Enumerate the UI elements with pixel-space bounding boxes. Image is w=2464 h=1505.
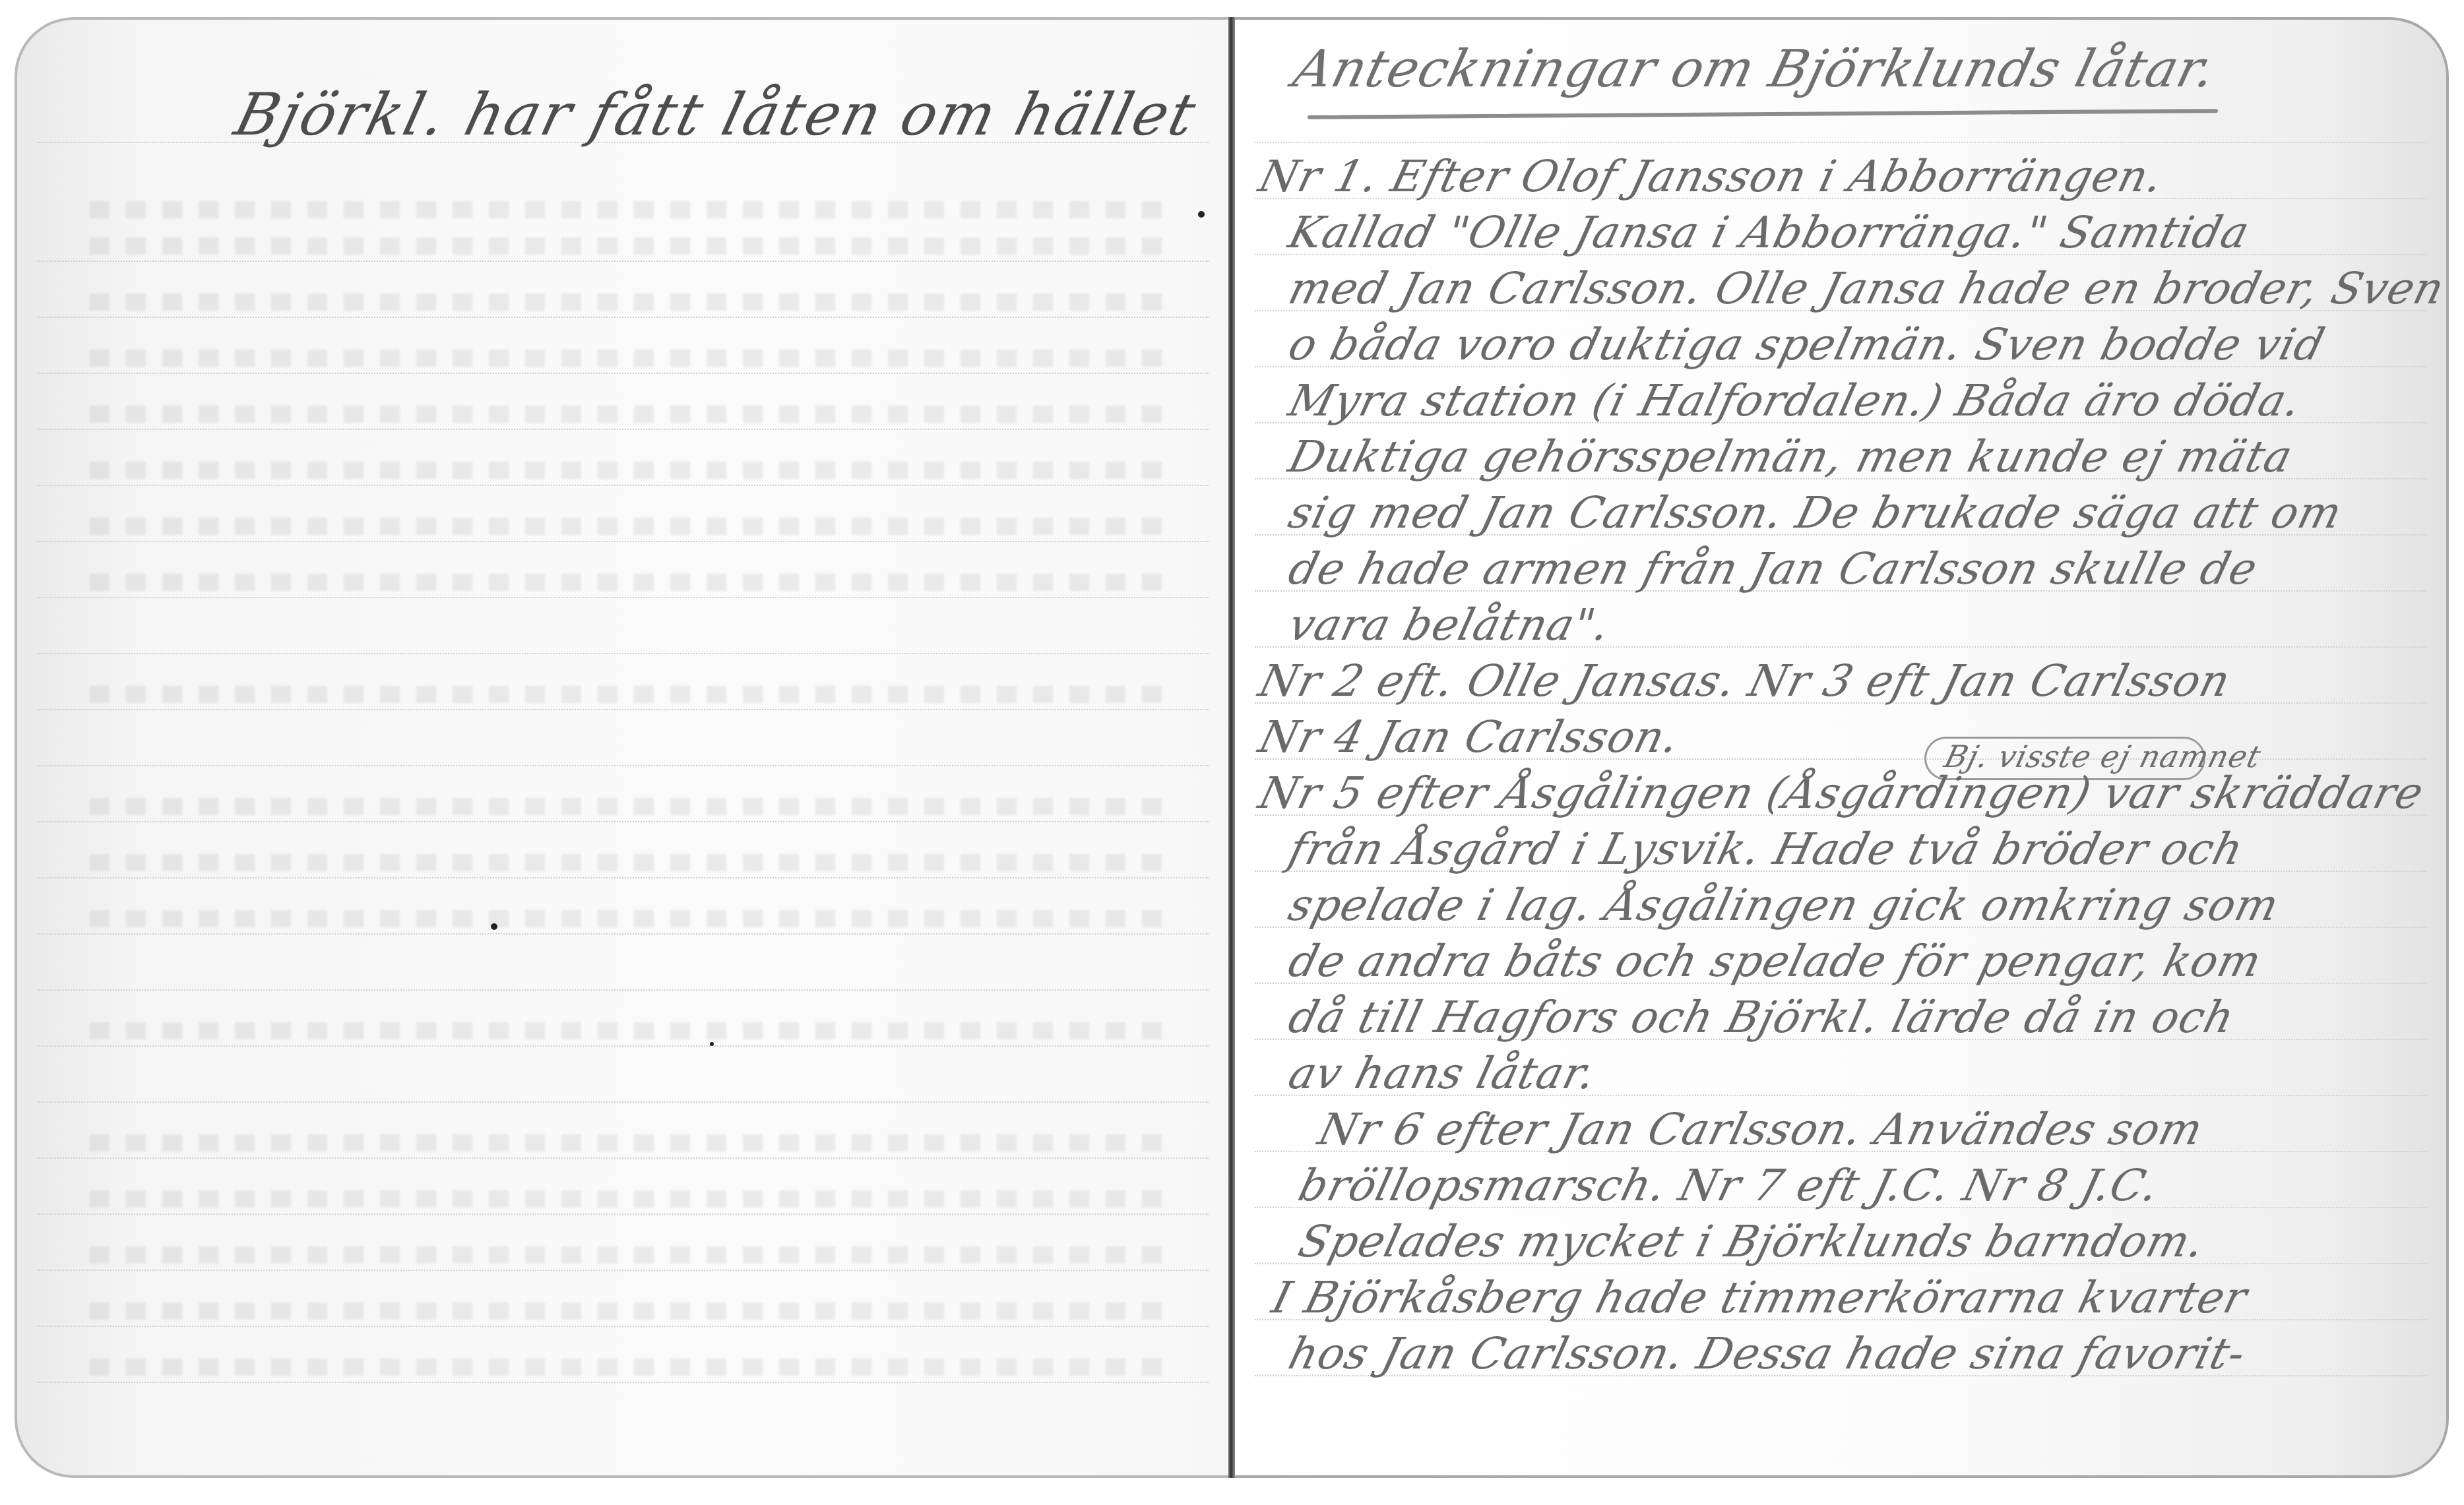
ruled-line [37,821,1209,822]
note-line: då till Hagfors och Björkl. lärde då in … [1284,996,2239,1039]
ruled-line [37,709,1209,710]
ruled-line [1255,142,2426,143]
ruled-line [37,597,1209,598]
ruled-line [37,653,1209,654]
ruled-line [37,429,1209,430]
ruled-line [37,1382,1209,1383]
left-page: Björkl. har fått låten om hället [15,17,1228,1478]
note-line: vara belåtna". [1284,603,1614,647]
note-line: med Jan Carlsson. Olle Jansa hade en bro… [1284,267,2449,311]
show-through-text [90,201,1176,218]
note-line: de andra båts och spelade för pengar, ko… [1284,940,2265,983]
ruled-line [37,765,1209,766]
ruled-line [37,877,1209,878]
note-line: o båda voro duktiga spelmän. Sven bodde … [1284,323,2329,367]
show-through-text [90,686,1176,703]
note-line: av hans låtar. [1284,1052,1600,1095]
show-through-text [90,854,1176,871]
heading-underline [1308,109,2218,119]
notebook-spread: Björkl. har fått låten om hället Anteckn… [15,17,2449,1478]
note-line: bröllopsmarsch. Nr 7 eft J.C. Nr 8 J.C. [1294,1164,2163,1208]
show-through-text [90,1190,1176,1208]
note-line: från Åsgård i Lysvik. Hade två bröder oc… [1284,828,2248,871]
show-through-text [90,910,1176,927]
show-through-text [90,518,1176,535]
ruled-line [37,933,1209,935]
show-through-text [90,1246,1176,1264]
ruled-line [37,1213,1209,1215]
ink-speck [1198,211,1205,218]
ruled-line [37,1326,1209,1327]
ruled-line [37,541,1209,542]
ruled-line [37,1270,1209,1271]
note-line: spelade i lag. Åsgålingen gick omkring s… [1284,884,2283,927]
note-line: I Björkåsberg hade timmerkörarna kvarter [1268,1276,2252,1320]
note-line: Spelades mycket i Björklunds barndom. [1294,1220,2209,1264]
note-line: Kallad "Olle Jansa i Abborränga." Samtid… [1284,211,2254,255]
note-line: Nr 5 efter Åsgålingen (Åsgårdingen) var … [1255,772,2428,815]
show-through-text [90,293,1176,311]
note-line: de hade armen från Jan Carlsson skulle d… [1284,547,2261,591]
note-line: Nr 6 efter Jan Carlsson. Användes som [1314,1108,2207,1152]
ruled-line [37,373,1209,374]
ink-speck [710,1042,714,1046]
note-line: Nr 2 eft. Olle Jansas. Nr 3 eft Jan Carl… [1255,660,2234,703]
note-line: Myra station (i Halfordalen.) Båda äro d… [1284,379,2306,423]
ruled-line [37,317,1209,318]
show-through-text [90,406,1176,423]
note-line: Nr 4 Jan Carlsson. [1255,716,1684,759]
ruled-line [37,989,1209,991]
ink-speck [491,923,497,930]
show-through-text [90,462,1176,479]
ruled-line [37,485,1209,486]
ruled-line [37,1101,1209,1103]
show-through-text [90,1303,1176,1320]
show-through-text [90,1134,1176,1152]
show-through-text [90,237,1176,255]
note-line: sig med Jan Carlsson. De brukade säga at… [1284,491,2347,535]
ruled-line [37,1045,1209,1047]
note-line: Duktiga gehörsspelmän, men kunde ej mäta [1284,435,2296,479]
ruled-line [37,1157,1209,1159]
show-through-text [90,1022,1176,1039]
show-through-text [90,574,1176,591]
right-page: Anteckningar om Björklunds låtar. Nr 1. … [1235,17,2449,1478]
notebook-gutter [1228,17,1235,1478]
show-through-text [90,1359,1176,1376]
note-line: hos Jan Carlsson. Dessa hade sina favori… [1284,1332,2250,1376]
show-through-text [90,798,1176,815]
right-page-heading: Anteckningar om Björklunds låtar. [1288,40,2222,99]
ruled-line [37,261,1209,262]
left-page-heading: Björkl. har fått låten om hället [228,80,1204,148]
note-line: Nr 1. Efter Olof Jansson i Abborrängen. [1255,155,2168,199]
show-through-text [90,350,1176,367]
